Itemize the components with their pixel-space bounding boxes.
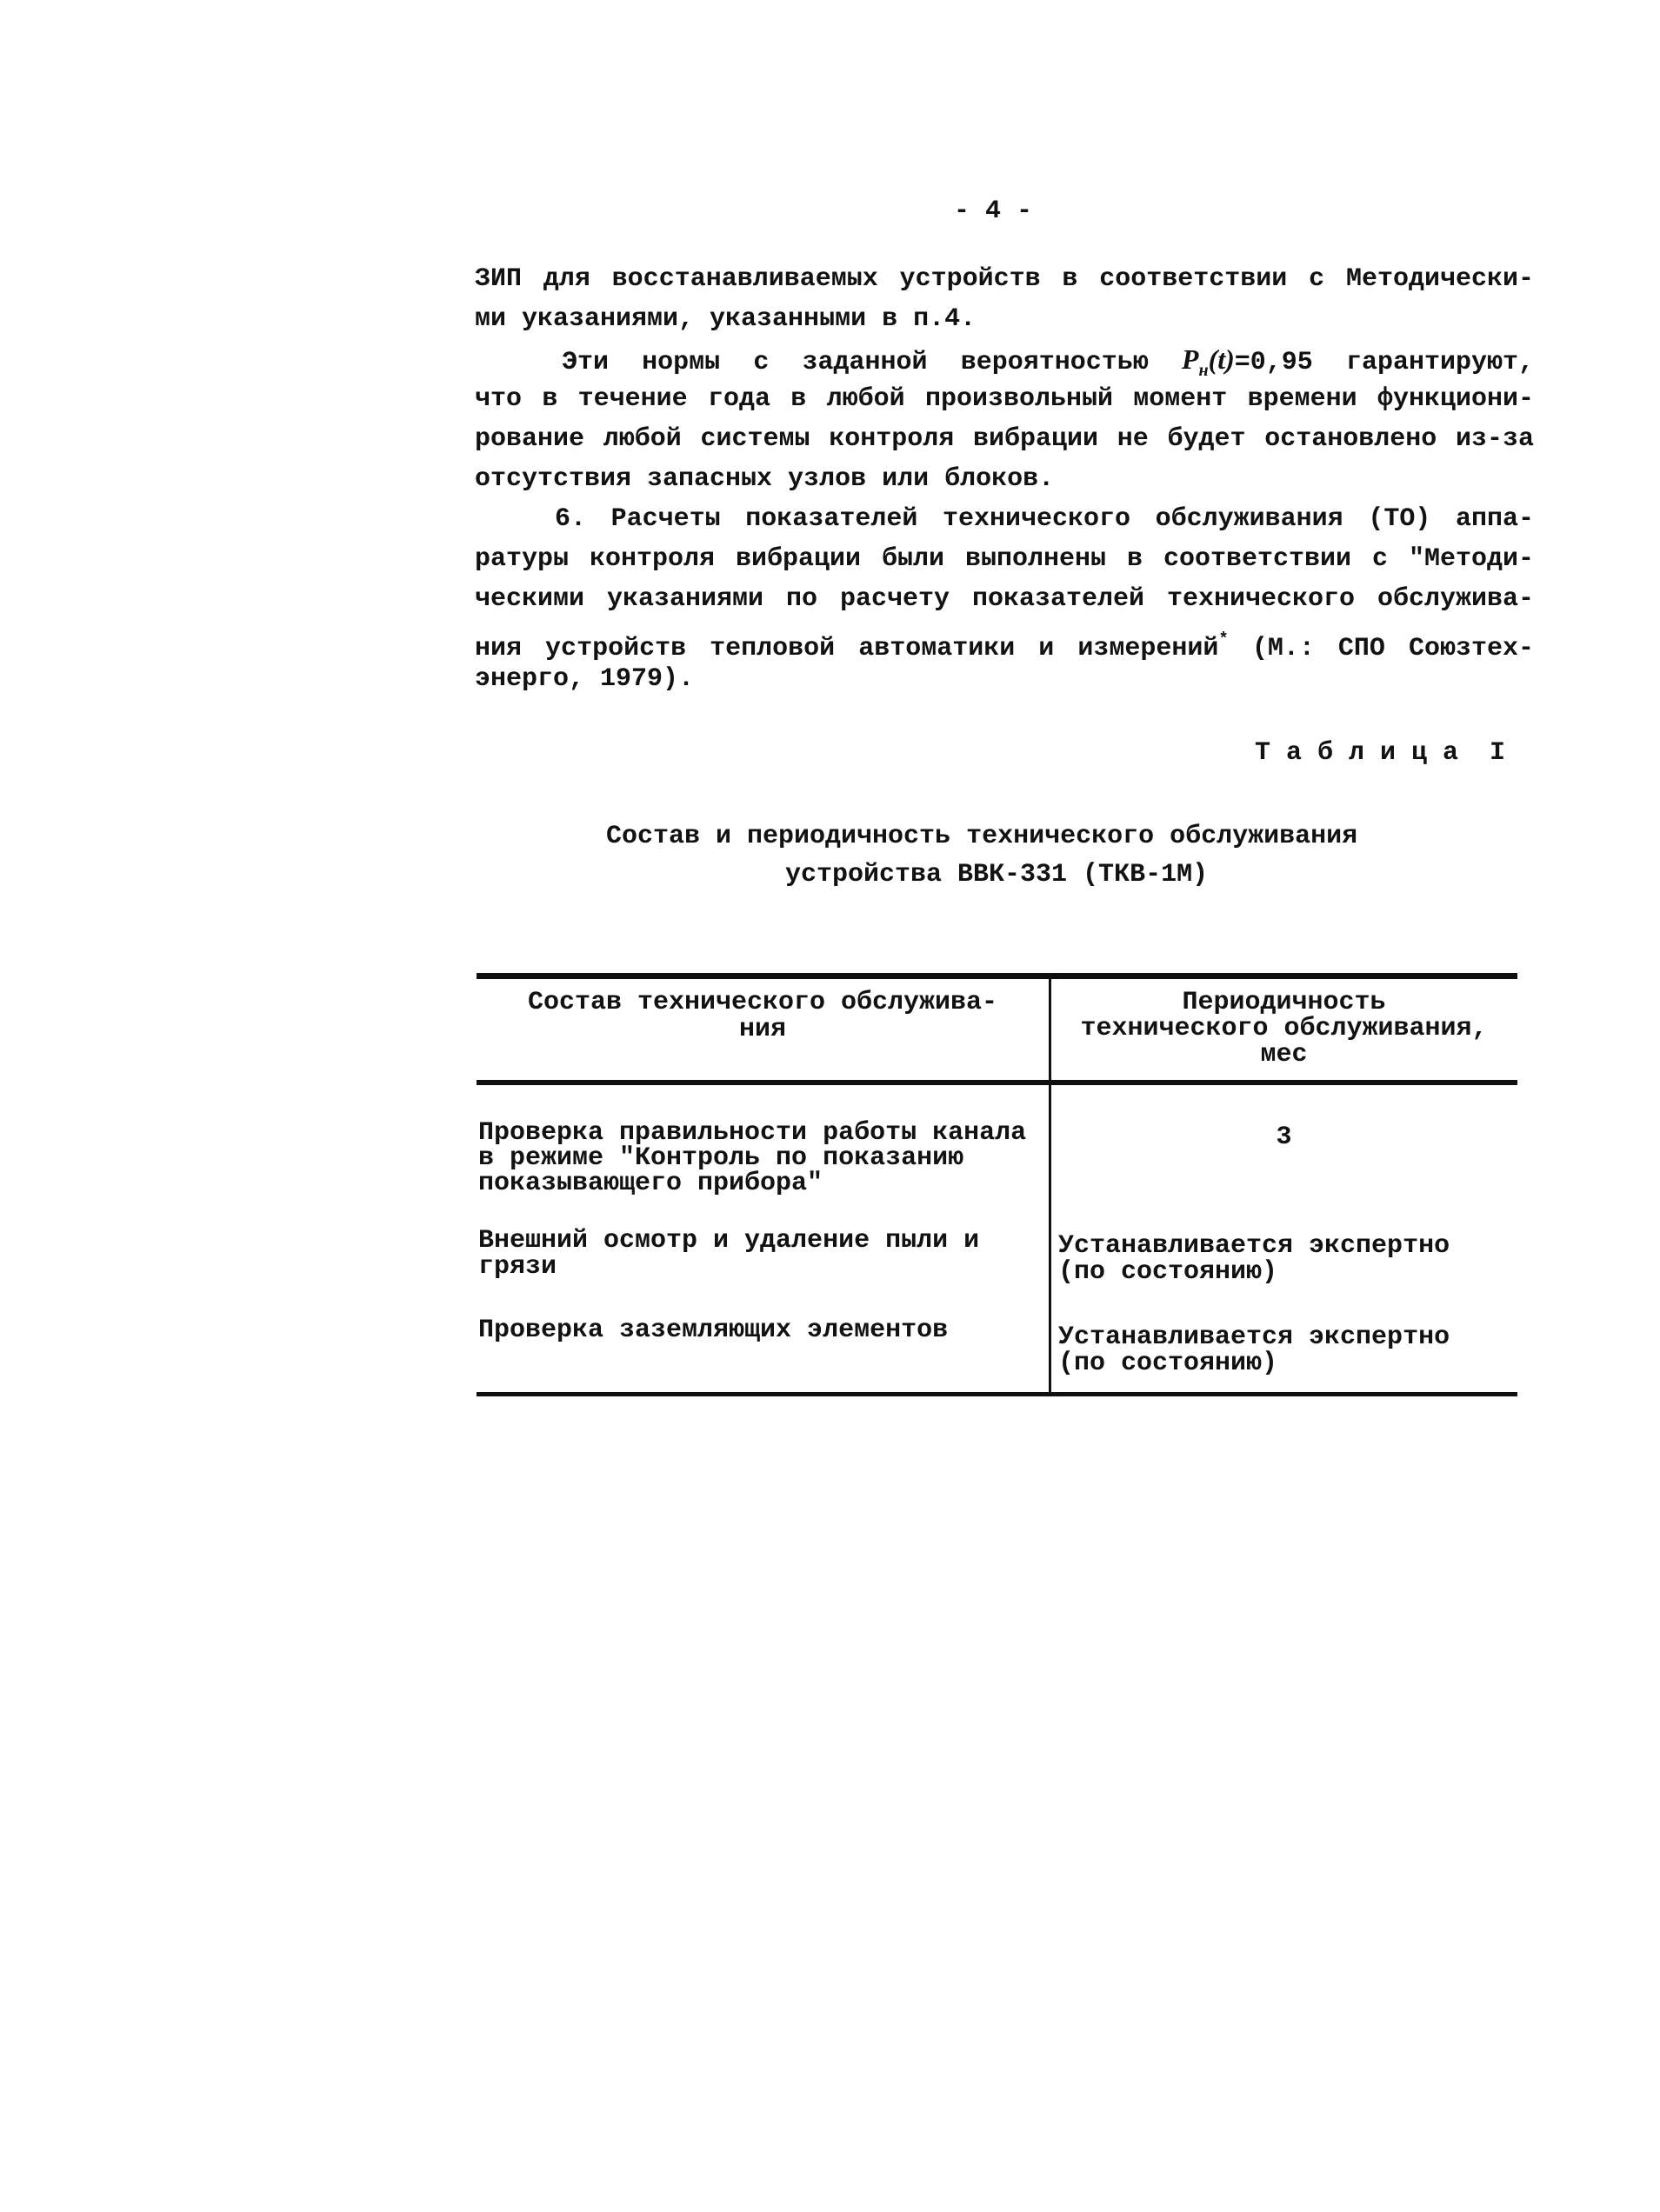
table-row2-task: Внешний осмотр и удаление пыли и грязи [478, 1228, 1049, 1280]
table-row1-task: Проверка правильности работы канала в ре… [478, 1121, 1049, 1196]
body-line-7: 6. Расчеты показателей технического обсл… [475, 506, 1534, 532]
header-col1-line: ния [477, 1016, 1049, 1043]
table-row3-period: Устанавливается экспертно (по состоянию) [1058, 1324, 1510, 1376]
row1-task-line: в режиме "Контроль по показанию [478, 1146, 1049, 1171]
row3-period-line: (по состоянию) [1058, 1350, 1510, 1376]
row2-task-line: Внешний осмотр и удаление пыли и [478, 1228, 1049, 1254]
table-bottom-border [477, 1392, 1517, 1396]
table-row1-period: 3 [1052, 1123, 1516, 1152]
footnote-asterisk: * [1218, 630, 1228, 649]
header-col2-line: технического обслуживания, [1052, 1016, 1516, 1042]
body-line-10: ния устройств тепловой автоматики и изме… [475, 626, 1534, 662]
row2-period-line: (по состоянию) [1058, 1259, 1510, 1285]
page-number: - 4 - [475, 198, 1511, 224]
row1-task-line: показывающего прибора" [478, 1171, 1049, 1196]
maintenance-table: Состав технического обслужива- ния Перио… [477, 973, 1517, 1397]
body-line-5: рование любой системы контроля вибрации … [475, 426, 1534, 452]
table-header-col2: Периодичность технического обслуживания,… [1052, 989, 1516, 1068]
document-page: - 4 - ЗИП для восстанавливаемых устройст… [0, 0, 1660, 2212]
body-line-3: Эти нормы с заданной вероятностью Pн(t)=… [475, 346, 1534, 383]
formula-subscript: н [1198, 361, 1208, 380]
table-header-col1: Состав технического обслужива- ния [477, 989, 1049, 1043]
table-row3-task: Проверка заземляющих элементов [478, 1317, 1049, 1343]
formula-t-argument: (t) [1209, 343, 1235, 375]
formula-value-text: =0,95 гарантируют, [1235, 348, 1534, 377]
table-row2-period: Устанавливается экспертно (по состоянию) [1058, 1233, 1510, 1285]
formula-pre-text: Эти нормы с заданной вероятностью [562, 348, 1149, 377]
row1-task-line: Проверка правильности работы канала [478, 1121, 1049, 1146]
body-line-4: что в течение года в любой произвольный … [475, 386, 1534, 412]
row1-period-value: 3 [1052, 1123, 1516, 1152]
body-line-6: отсутствия запасных узлов или блоков. [475, 466, 1534, 492]
body-line-2: ми указаниями, указанными в п.4. [475, 306, 1534, 332]
table-title-line-1: Состав и периодичность технического обсл… [606, 823, 1357, 849]
reference-text: ния устройств тепловой автоматики и изме… [475, 634, 1218, 663]
formula-p-symbol: P [1182, 343, 1199, 375]
header-col2-line: мес [1052, 1042, 1516, 1068]
table-title-line-2: устройства ВВК-331 (ТКВ-1М) [785, 862, 1208, 888]
body-line-11: энерго, 1979). [475, 666, 1534, 692]
table-column-divider [1049, 973, 1051, 1396]
table-top-border [477, 973, 1517, 979]
header-col2-line: Периодичность [1052, 989, 1516, 1016]
reference-publisher-text: (М.: СПО Союзтех- [1252, 634, 1534, 663]
body-line-1: ЗИП для восстанавливаемых устройств в со… [475, 266, 1534, 292]
row3-period-line: Устанавливается экспертно [1058, 1324, 1510, 1350]
header-col1-line: Состав технического обслужива- [477, 989, 1049, 1016]
row2-task-line: грязи [478, 1254, 1049, 1280]
row3-task-line: Проверка заземляющих элементов [478, 1317, 1049, 1343]
table-label: Т а б л и ц а I [1255, 740, 1505, 766]
table-header-separator [477, 1080, 1517, 1085]
body-line-8: ратуры контроля вибрации были выполнены … [475, 546, 1534, 572]
row2-period-line: Устанавливается экспертно [1058, 1233, 1510, 1259]
body-line-9: ческими указаниями по расчету показателе… [475, 586, 1534, 612]
